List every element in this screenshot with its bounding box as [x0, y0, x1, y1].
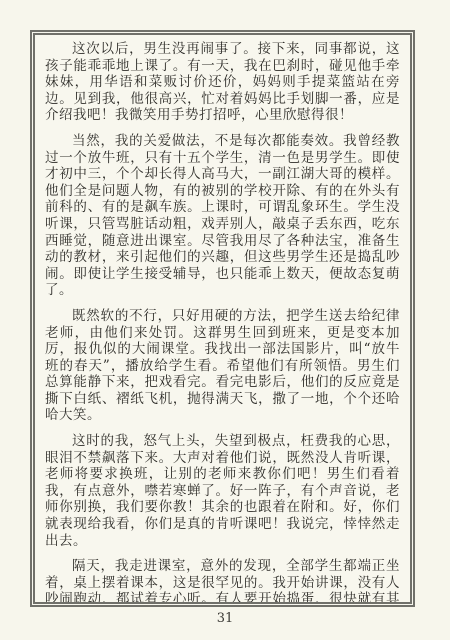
paragraph-1: 这次以后，男生没再闹事了。接下来，同事都说，这孩子能乖乖地上课了。有一天，我在巴… [45, 41, 400, 124]
paragraph-3: 既然软的不行，只好用硬的方法，把学生送去给纪律老师，由他们来处罚。这群男生回到班… [45, 308, 400, 424]
document-page: 这次以后，男生没再闹事了。接下来，同事都说，这孩子能乖乖地上课了。有一天，我在巴… [0, 0, 450, 640]
paragraph-5: 隔天，我走进课室，意外的发现，全部学生都端正坐着，桌上摆着课本，这是很罕见的。我… [45, 558, 400, 602]
page-number: 31 [0, 611, 450, 626]
page-border-frame: 这次以后，男生没再闹事了。接下来，同事都说，这孩子能乖乖地上课了。有一天，我在巴… [30, 30, 415, 607]
paragraph-4: 这时的我，怒气上头，失望到极点，枉费我的心思，眼泪不禁飙落下来。大声对着他们说，… [45, 433, 400, 549]
paragraph-2: 当然，我的关爱做法，不是每次都能奏效。我曾经教过一个放牛班，只有十五个学生，清一… [45, 133, 400, 299]
body-text: 这次以后，男生没再闹事了。接下来，同事都说，这孩子能乖乖地上课了。有一天，我在巴… [35, 35, 410, 602]
